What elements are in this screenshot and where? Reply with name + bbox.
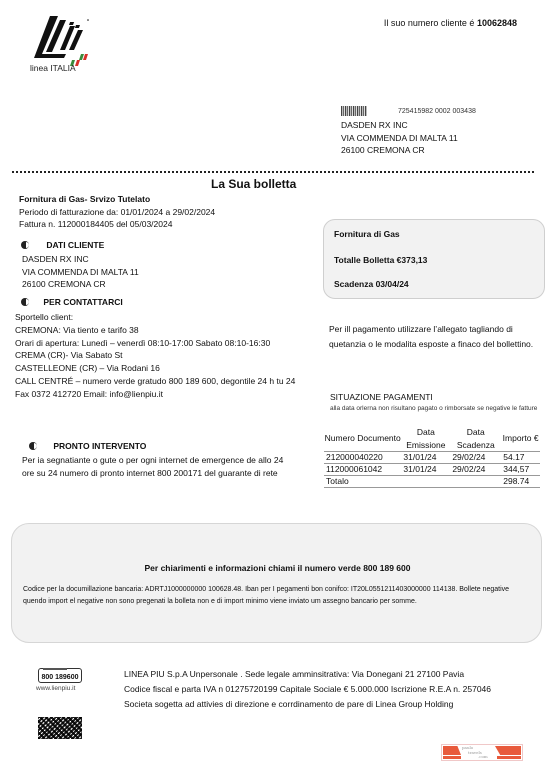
company-line: Codice fiscal e parta IVA n 01275720199 … [124,682,491,697]
doc-number: 212000040220 [324,452,401,464]
emergency-info: Per ia segnatiante o gute o per ogni int… [22,454,297,480]
contact-line: CASTELLEONE (CR) – Via Rodani 16 [15,362,300,375]
payments-heading: SITUAZIONE PAGAMENTI [330,392,433,402]
customer-line: VIA COMMENDA DI MALTA 11 [22,266,139,279]
bill-summary-box: Fornitura di Gas Totalle Bolletta €373,1… [323,219,545,299]
company-line: LINEA PIU S.p.A Unpersonale . Sede legal… [124,667,491,682]
issue-date: 31/01/24 [401,464,450,476]
bullet-icon [21,298,29,306]
emergency-line: ore su 24 numero di pronto internet 800 … [22,467,297,480]
postal-code-number: 725415982 0002 003438 [398,108,476,115]
summary-due-date: Scadenza 03/04/24 [334,279,409,289]
issue-date: 31/01/24 [401,452,450,464]
contact-line: CALL CENTRÉ – numero verde gratudo 800 1… [15,375,300,388]
section-heading-contattarci: PER CONTATTARCI [21,297,123,307]
column-header: Data Scadenza [450,426,501,452]
recipient-address: DASDEN RX INC VIA COMMENDA DI MALTA 11 2… [341,119,458,157]
customer-line: DASDEN RX INC [22,253,139,266]
bullet-icon [29,442,37,450]
column-header: Importo € [501,426,540,452]
contact-info: Sportello client: CREMONA: Via tiento e … [15,311,300,401]
customer-data: DASDEN RX INC VIA COMMENDA DI MALTA 11 2… [22,253,139,291]
billing-period: Periodo di fatturazione da: 01/01/2024 a… [19,206,215,219]
due-date: 29/02/24 [450,464,501,476]
doc-number: 112000061042 [324,464,401,476]
bullet-icon [21,241,29,249]
contact-line: Fax 0372 412720 Email: info@lienpiu.it [15,388,300,401]
payments-table: Numero Documento Data Emissione Data Sca… [324,426,540,488]
client-number-line: Il suo numero cliente é 10062848 [384,18,517,28]
company-info: LINEA PIU S.p.A Unpersonale . Sede legal… [124,667,491,711]
table-row: 212000040220 31/01/24 29/02/24 54.17 [324,452,540,464]
contact-line: Sportello client: [15,311,300,324]
client-number-label: Il suo numero cliente é [384,18,477,28]
page-title: La Sua bolletta [0,177,526,191]
summary-supply: Fornitura di Gas [334,229,400,239]
table-header-row: Numero Documento Data Emissione Data Sca… [324,426,540,452]
qr-code [38,717,82,739]
total-label: Totalo [324,476,401,488]
supply-title: Fornitura di Gas- Srvizo Tutelato [19,193,215,206]
payments-subheading: alla data orlerna non risultano pagato o… [330,405,540,414]
section-heading-pronto-intervento: PRONTO INTERVENTO [29,441,146,451]
recipient-line: DASDEN RX INC [341,119,458,132]
section-heading-dati-cliente: DATI CLIENTE [21,240,104,250]
column-header: Numero Documento [324,426,401,452]
logo-text: linea ITALIA [30,63,76,73]
info-title: Per chiarimenti e informazioni chiami il… [12,563,543,573]
recipient-line: 26100 CREMONA CR [341,144,458,157]
amount: 344,57 [501,464,540,476]
column-header: Data Emissione [401,426,450,452]
contact-line: CREMONA: Via tiento e tarifo 38 [15,324,300,337]
bill-summary-info: Fornitura di Gas- Srvizo Tutelato Period… [19,193,215,231]
client-number: 10062848 [477,18,517,28]
invoice-number: Fattura n. 112000184405 del 05/03/2024 [19,218,215,231]
partner-logo: paulo travels .com [441,744,523,761]
website-link[interactable]: www.lienpiu.it [36,685,75,692]
customer-line: 26100 CREMONA CR [22,278,139,291]
summary-total: Totalle Bolletta €373,13 [334,255,427,265]
emergency-line: Per ia segnatiante o gute o per ogni int… [22,454,297,467]
total-value: 298.74 [501,476,540,488]
contact-line: CREMA (CR)- Via Sabato St [15,349,300,362]
dotted-divider [12,171,534,173]
company-line: Societa sogetta ad attivies di direzione… [124,697,491,712]
due-date: 29/02/24 [450,452,501,464]
table-total-row: Totalo 298.74 [324,476,540,488]
amount: 54.17 [501,452,540,464]
recipient-line: VIA COMMENDA DI MALTA 11 [341,132,458,145]
info-text: Codice per la documillazione bancaria: A… [23,584,528,609]
payment-note: Per ill pagamento utilizzare l’allegato … [329,322,544,351]
datamatrix-barcode [341,106,367,116]
phone-badge: 800 189600 [38,668,82,683]
contact-line: Orari di apertura: Lunedì – venerdì 08:1… [15,337,300,350]
info-box: Per chiarimenti e informazioni chiami il… [11,523,542,643]
table-row: 112000061042 31/01/24 29/02/24 344,57 [324,464,540,476]
